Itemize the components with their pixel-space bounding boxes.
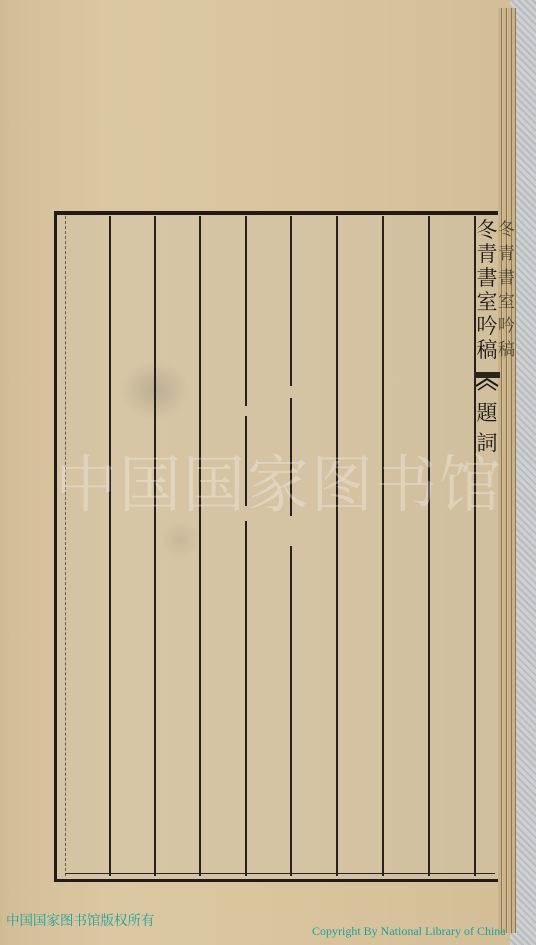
inner-frame-line <box>65 216 67 876</box>
copyright-english: Copyright By National Library of China <box>312 924 506 939</box>
column-rule <box>382 216 384 876</box>
inner-bottom-line <box>65 873 495 874</box>
binding-shadow <box>0 0 38 945</box>
underlying-page-title: 冬青書室吟稿 <box>498 218 516 362</box>
section-char: 題 <box>477 398 498 428</box>
printed-frame-border <box>54 211 498 882</box>
column-rule <box>428 216 430 876</box>
title-char: 書 <box>477 266 498 290</box>
title-char: 室 <box>477 290 498 314</box>
column-rule <box>154 216 156 876</box>
page-edge <box>503 8 507 933</box>
title-char: 青 <box>477 242 498 266</box>
title-char: 冬 <box>477 218 498 242</box>
column-rule <box>109 216 111 876</box>
column-rule <box>290 216 292 876</box>
fishtail-mark-icon <box>474 372 500 394</box>
copyright-chinese: 中国国家图书馆版权所有 <box>6 909 155 929</box>
column-rule <box>245 216 247 876</box>
margin-book-title: 冬 青 書 室 吟 稿 <box>476 218 498 362</box>
title-char: 稿 <box>477 338 498 362</box>
column-rule <box>336 216 338 876</box>
library-watermark: 中国国家图书馆 <box>55 435 495 524</box>
title-char: 吟 <box>477 314 498 338</box>
page-edge <box>512 8 516 933</box>
column-rule <box>199 216 201 876</box>
